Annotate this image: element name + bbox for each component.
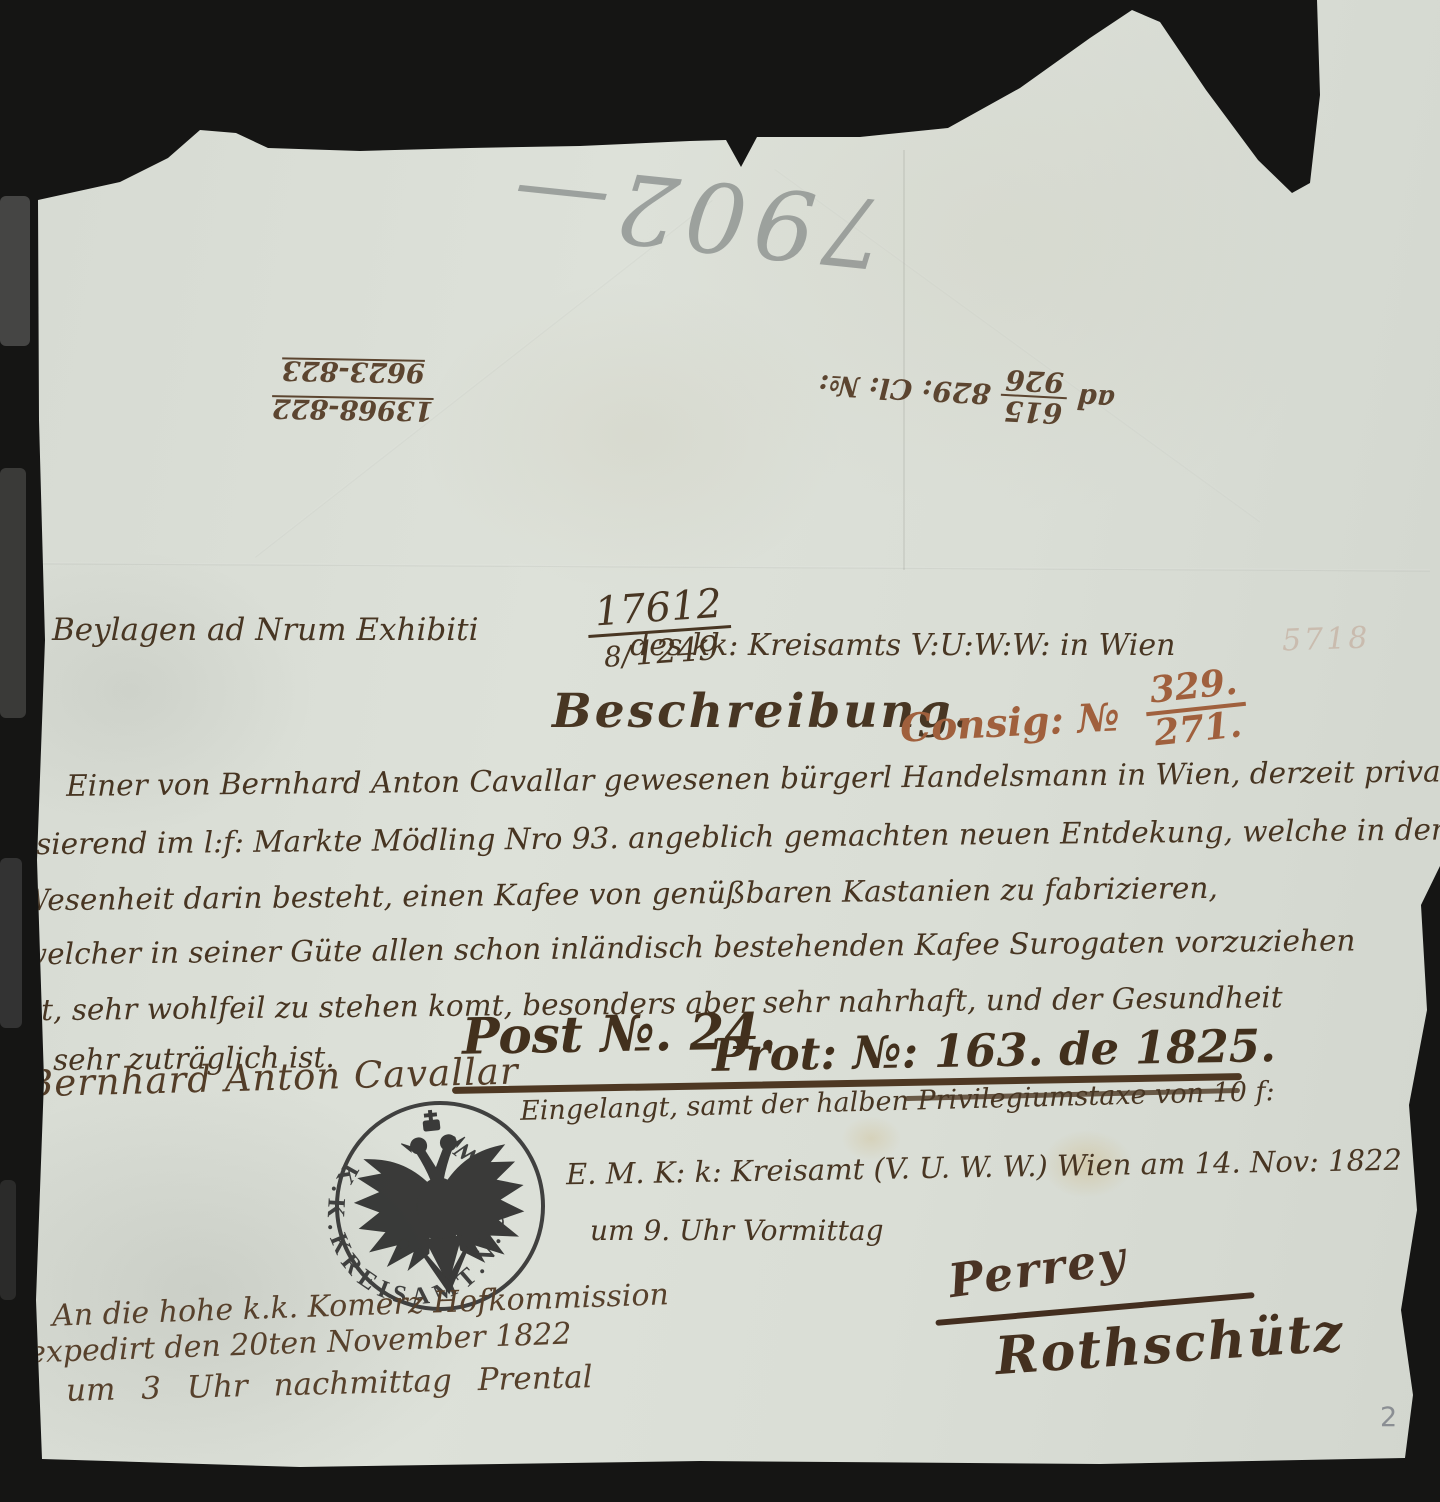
receipt-line-3: um 9. Uhr Vormittag bbox=[590, 1214, 884, 1247]
dispatch-line-3: um 3 Uhr nachmittag Prental bbox=[66, 1359, 593, 1409]
pencil-folio-number: 7902— bbox=[475, 136, 914, 292]
inverted-docket-left: 13968-822 9623-823 bbox=[197, 349, 508, 430]
scanner-margin-patch bbox=[0, 1180, 16, 1300]
exhibit-reference-label: Beylagen ad Nrum Exhibiti bbox=[52, 612, 479, 648]
paragraph-line: tisierend im l:f: Markte Mödling Nro 93.… bbox=[15, 812, 1440, 861]
consignment-number-fraction: 329. 271. bbox=[1142, 663, 1250, 754]
fraction-denominator: 926 bbox=[1005, 364, 1065, 396]
receipt-line-2: E. M. K: k: Kreisamt (V. U. W. W.) Wien … bbox=[566, 1143, 1402, 1192]
fraction-numerator: 615 bbox=[999, 393, 1067, 428]
issuing-office-line: des kk: Kreisamts V:U:W:W: in Wien bbox=[630, 628, 1175, 663]
corner-page-number: 2 bbox=[1380, 1402, 1397, 1433]
protocol-number: Prot: №: 163. de 1825. bbox=[712, 1019, 1277, 1082]
inverted-docket-right: ad 615 926 829: Cl: №: bbox=[734, 350, 1117, 431]
paragraph-line: welcher in seiner Güte allen schon inlän… bbox=[22, 923, 1356, 971]
consignment-denominator: 271. bbox=[1153, 706, 1244, 753]
inverted-docket-right-prefix: ad bbox=[1076, 382, 1115, 417]
exhibit-prefix: 8/ bbox=[603, 639, 632, 674]
inverted-docket-right-suffix: 829: Cl: №: bbox=[818, 368, 992, 410]
inverted-docket-right-fraction: 615 926 bbox=[999, 364, 1069, 428]
scanner-margin-patch bbox=[0, 196, 30, 346]
scanner-margin-patch bbox=[0, 858, 22, 1028]
paper-sheet: 7902— 13968-822 9623-823 ad 615 926 829:… bbox=[0, 0, 1440, 1502]
faint-red-registry-mark: 5718 bbox=[1281, 620, 1371, 658]
paragraph-line: Einer von Bernhard Anton Cavallar gewese… bbox=[66, 754, 1440, 802]
paragraph-line: Wesenheit darin besteht, einen Kafee von… bbox=[19, 871, 1218, 918]
official-signature-first: Perrey bbox=[945, 1230, 1130, 1308]
scanner-margin-patch bbox=[0, 468, 26, 718]
inverted-docket-left-line1: 13968-822 bbox=[197, 387, 508, 430]
fold-crease-horizontal bbox=[40, 562, 1430, 571]
inverted-docket-left-line2: 9623-823 bbox=[198, 349, 509, 392]
